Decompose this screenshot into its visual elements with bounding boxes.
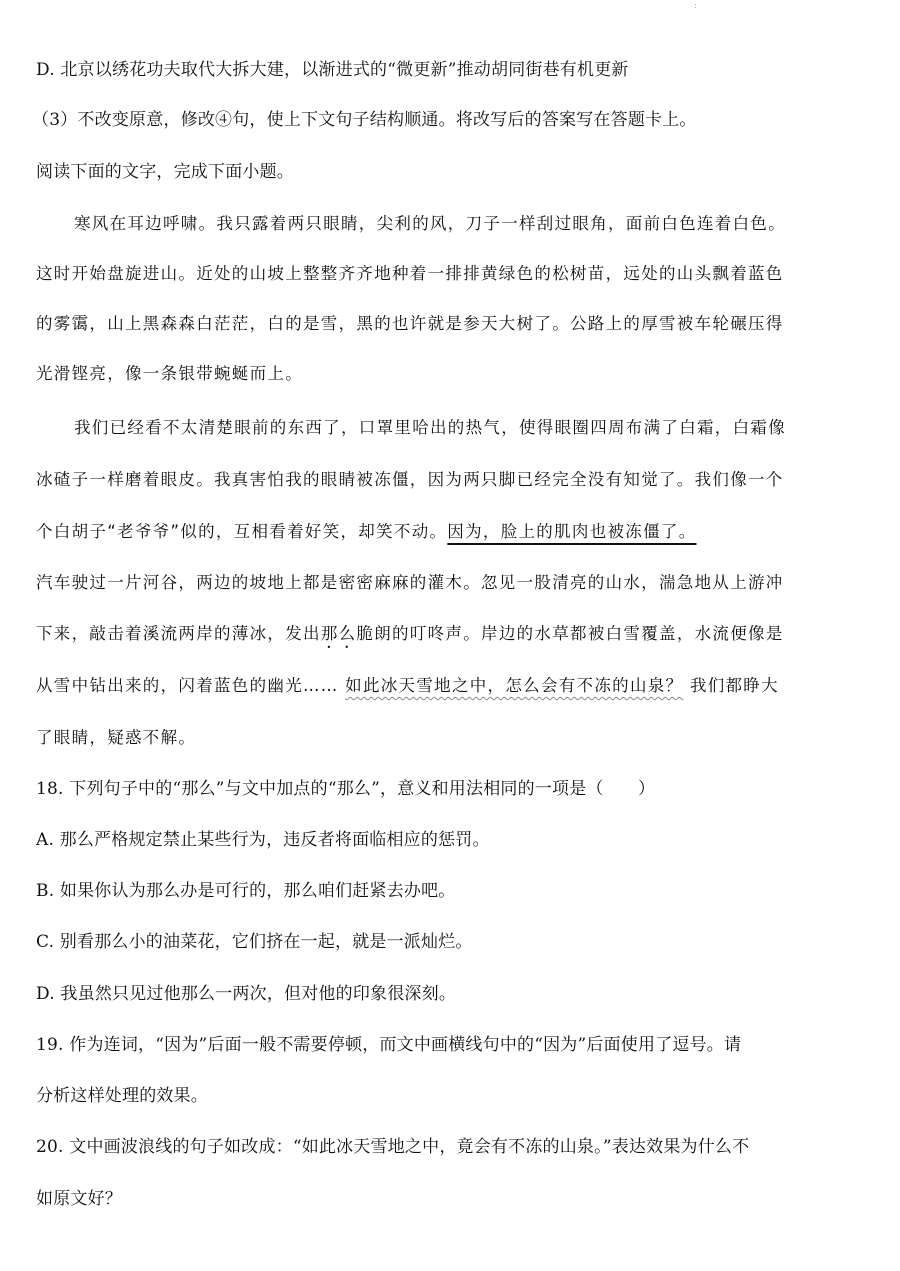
passage-p1-line2: 这时开始盘旋进山。近处的山坡上整整齐齐地种着一排排黄绿色的松树苗，远处的山头飘着… [36, 262, 784, 286]
q20-line1: 20. 文中画波浪线的句子如改成：“如此冰天雪地之中，竟会有不冻的山泉。”表达效… [36, 1135, 749, 1159]
q20-line2: 如原文好？ [36, 1187, 122, 1211]
q18-option-d: D. 我虽然只见过他那么一两次，但对他的印象很深刻。 [36, 982, 456, 1006]
passage-p2-line3: 个白胡子“老爷爷”似的，互相看着好笑，却笑不动。因为，脸上的肌肉也被冻僵了。 [36, 520, 697, 544]
passage-p2-line2: 冰碴子一样磨着眼皮。我真害怕我的眼睛被冻僵，因为两只脚已经完全没有知觉了。我们像… [36, 468, 784, 492]
passage-p3-line2: 下来，敲击着溪流两岸的薄冰，发出那么脆朗的叮咚声。岸边的水草都被白雪覆盖，水流便… [36, 622, 784, 652]
passage-p1-line4: 光滑铿亮，像一条银带蜿蜒而上。 [36, 362, 303, 386]
passage-p3-line4: 了眼睛，疑惑不解。 [36, 726, 196, 750]
dotted-word-name-me: 那么 [321, 624, 357, 643]
passage-p3-line1: 汽车驶过一片河谷，两边的坡地上都是密密麻麻的灌木。忽见一股清亮的山水，湍急地从上… [36, 571, 784, 595]
q18-option-b: B. 如果你认为那么办是可行的，那么咱们赶紧去办吧。 [36, 879, 456, 903]
q18-option-a: A. 那么严格规定禁止某些行为，违反者将面临相应的惩罚。 [36, 828, 490, 852]
option-d-prev: D. 北京以绣花功夫取代大拆大建，以渐进式的“微更新”推动胡同街巷有机更新 [36, 58, 629, 82]
page-margin-mark: : [694, 3, 697, 8]
underlined-sentence: 因为，脸上的肌肉也被冻僵了。 [447, 522, 696, 541]
passage-p1-line1: 寒风在耳边呼啸。我只露着两只眼睛，尖利的风，刀子一样刮过眼角，面前白色连着白色。 [74, 212, 786, 236]
p3-line3-after: 我们都睁大 [683, 676, 779, 695]
passage-p3-line3: 从雪中钻出来的，闪着蓝色的幽光…… 如此冰天雪地之中，怎么会有不冻的山泉？ 我们… [36, 674, 779, 698]
q18-stem: 18. 下列句子中的“那么”与文中加点的“那么”，意义和用法相同的一项是（ ） [36, 777, 655, 801]
q19-line2: 分析这样处理的效果。 [36, 1084, 208, 1108]
passage-p2-line3-text: 个白胡子“老爷爷”似的，互相看着好笑，却笑不动。 [36, 522, 447, 541]
sub-question-3: （3）不改变原意，修改④句，使上下文句子结构顺通。将改写后的答案写在答题卡上。 [32, 108, 697, 132]
q19-line1: 19. 作为连词，“因为”后面一般不需要停顿，而文中画横线句中的“因为”后面使用… [36, 1033, 741, 1057]
passage-p2-line1: 我们已经看不太清楚眼前的东西了，口罩里哈出的热气，使得眼圈四周布满了白霜，白霜像 [74, 416, 786, 440]
q18-option-c: C. 别看那么小的油菜花，它们挤在一起，就是一派灿烂。 [36, 930, 473, 954]
p3-line2-after: 脆朗的叮咚声。岸边的水草都被白雪覆盖，水流便像是 [356, 624, 783, 643]
reading-instruction: 阅读下面的文字，完成下面小题。 [36, 160, 294, 184]
p3-line3-before: 从雪中钻出来的，闪着蓝色的幽光…… [36, 676, 345, 695]
passage-p1-line3: 的雾霭，山上黑森森白茫茫，白的是雪，黑的也许就是参天大树了。公路上的厚雪被车轮碾… [36, 312, 784, 336]
wavy-underlined-sentence: 如此冰天雪地之中，怎么会有不冻的山泉？ [345, 676, 683, 695]
p3-line2-before: 下来，敲击着溪流两岸的薄冰，发出 [36, 624, 321, 643]
